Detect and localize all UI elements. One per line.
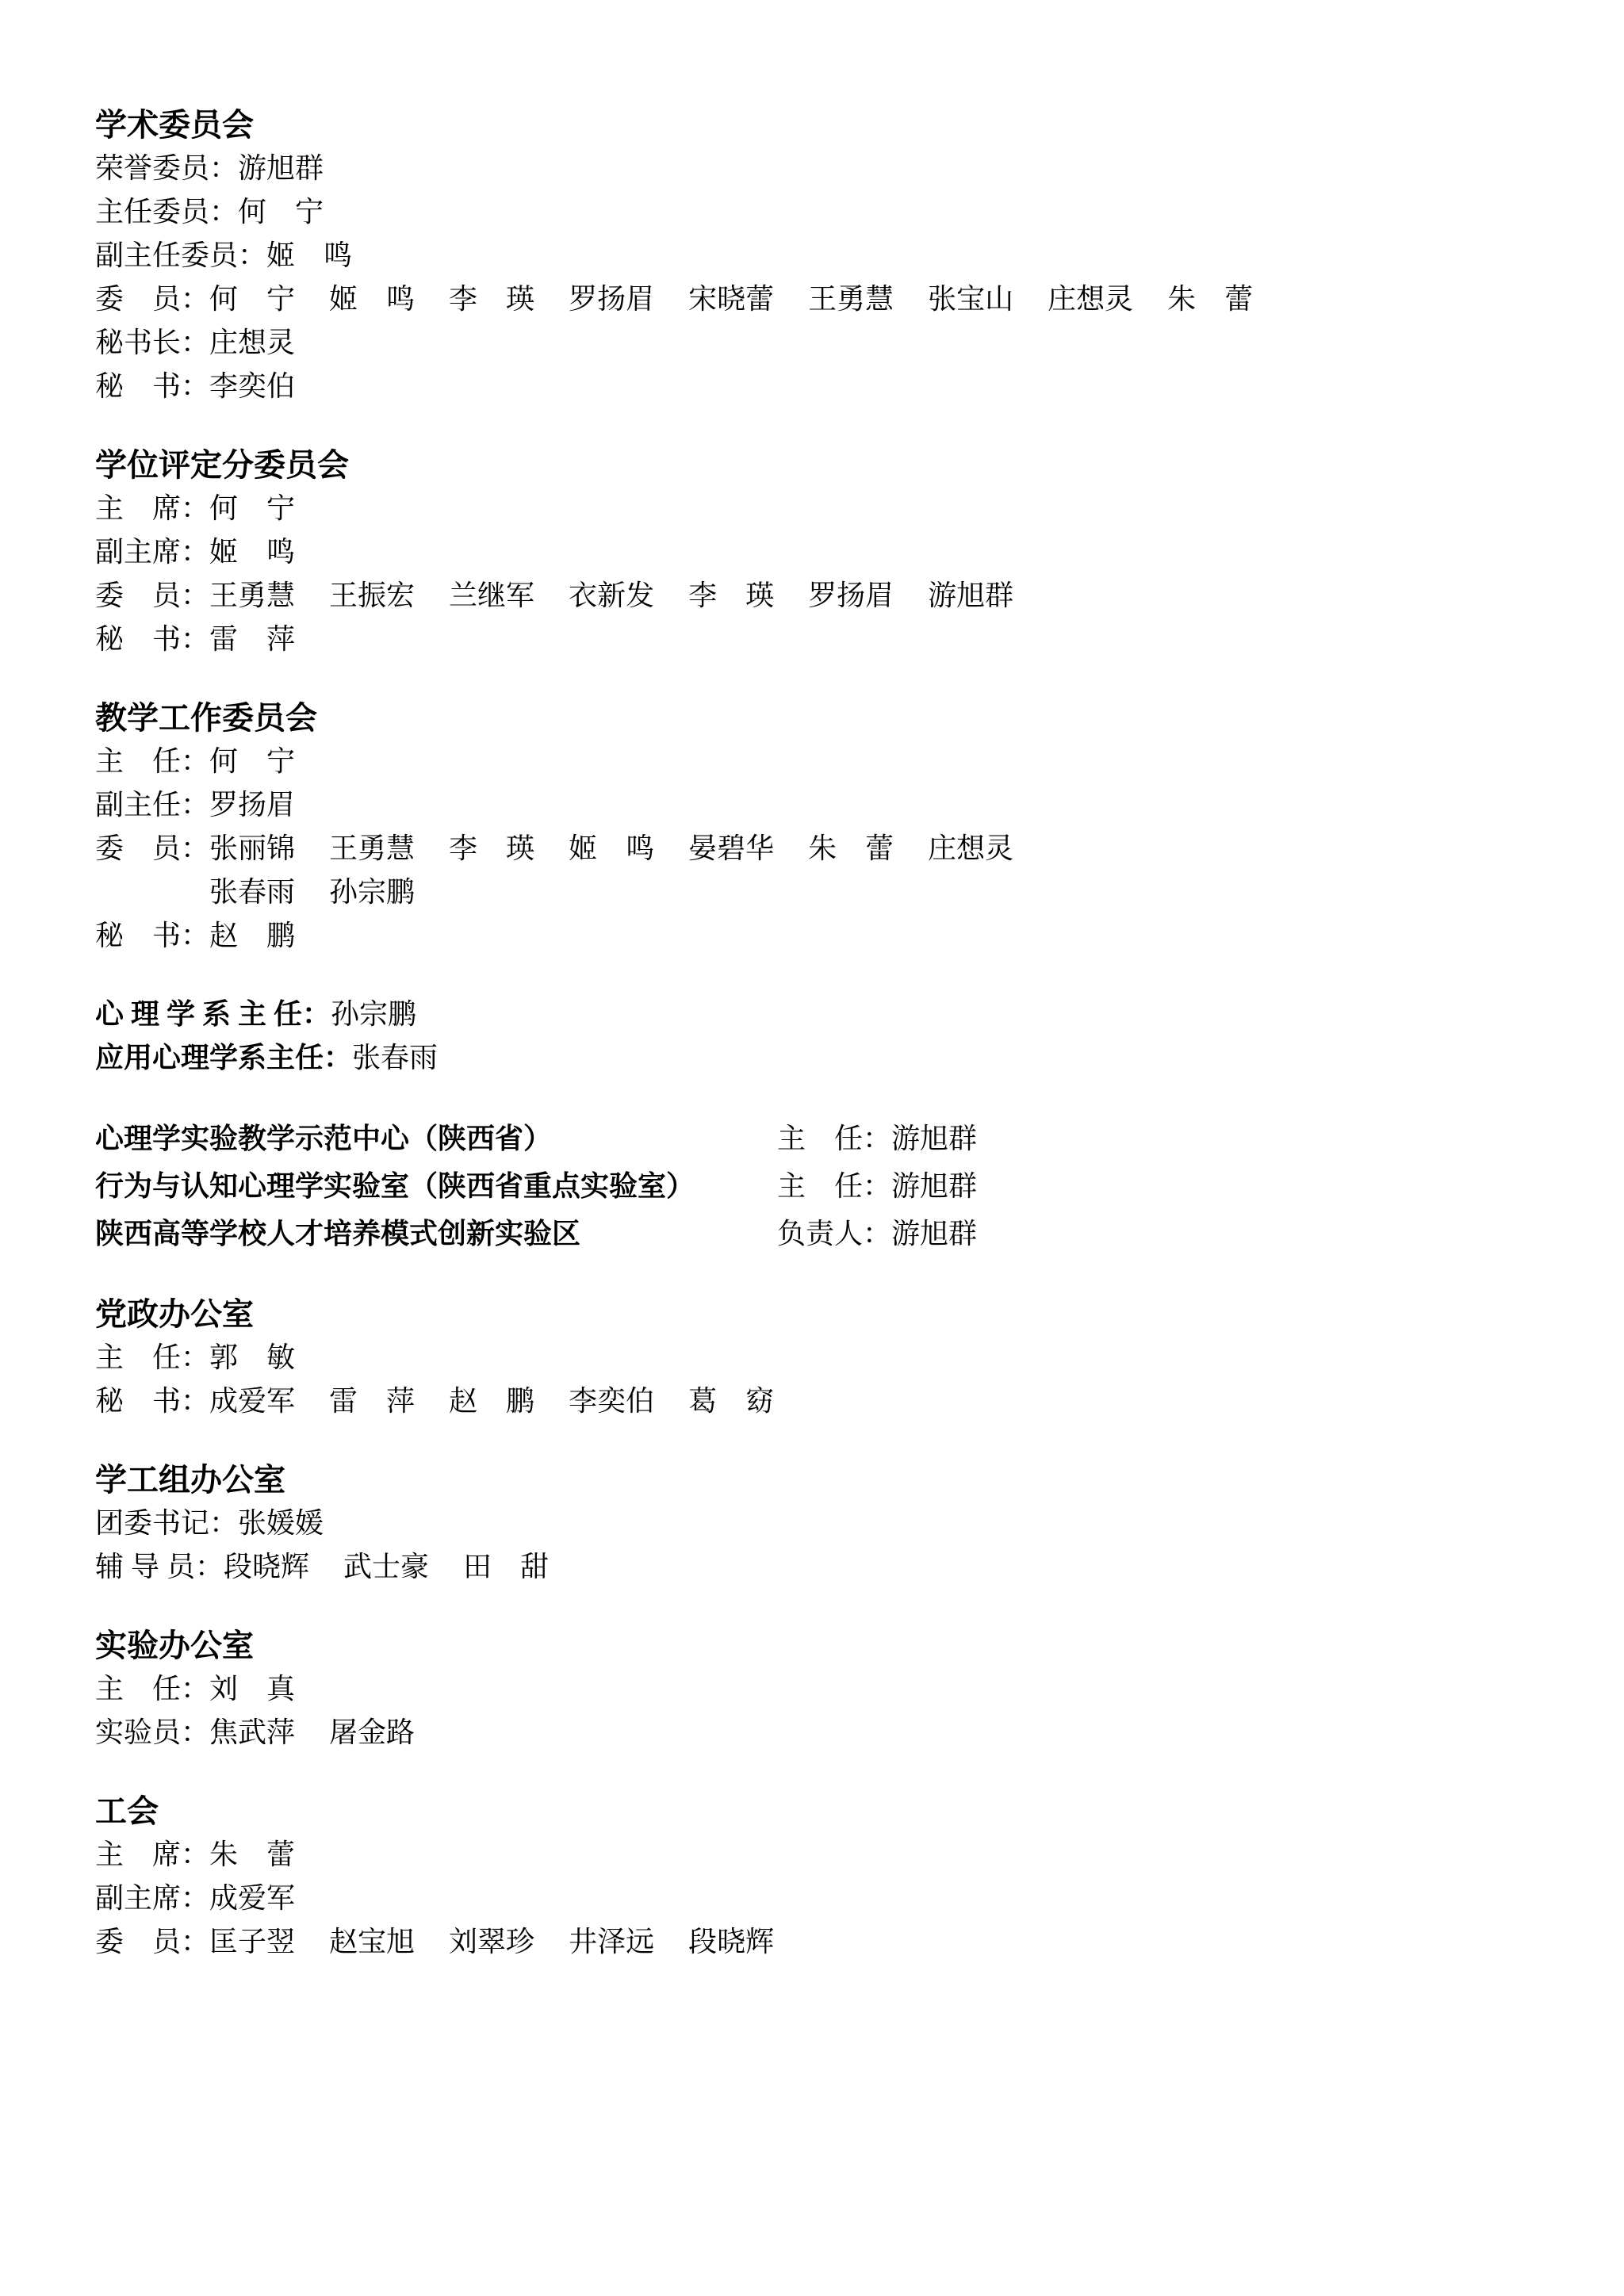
person-name: 何 宁 — [238, 196, 324, 228]
person-name: 赵宝旭 — [329, 1926, 415, 1957]
person-name: 罗扬眉 — [209, 789, 295, 821]
names-list: 张媛媛 — [238, 1507, 324, 1539]
row-label: 副主任： — [95, 789, 209, 821]
person-name: 姬 鸣 — [209, 536, 295, 568]
person-name: 赵 鹏 — [209, 920, 295, 951]
names-list: 张春雨孙宗鹏 — [209, 876, 415, 908]
person-name: 李奕伯 — [209, 370, 295, 402]
person-name: 朱 蕾 — [808, 832, 894, 864]
person-name: 何 宁 — [209, 492, 295, 524]
person-name: 田 甜 — [463, 1551, 549, 1582]
person-name: 兰继军 — [449, 580, 534, 611]
person-name: 王振宏 — [329, 580, 415, 611]
personnel-row: 主 任：何 宁 — [95, 740, 1513, 783]
person-name: 庄想灵 — [928, 832, 1013, 864]
personnel-row: 副主任：罗扬眉 — [95, 783, 1513, 827]
row-label: 委 员： — [95, 580, 209, 611]
row-label: 主 任： — [95, 745, 209, 777]
person-name: 游旭群 — [928, 580, 1013, 611]
names-list: 何 宁 — [209, 745, 295, 777]
person-name: 雷 萍 — [329, 1385, 415, 1417]
org-name: 心理学实验教学示范中心（陕西省） — [95, 1123, 552, 1154]
names-list: 焦武萍屠金路 — [209, 1716, 415, 1748]
person-name: 游旭群 — [891, 1218, 977, 1249]
names-list: 孙宗鹏 — [331, 998, 416, 1030]
row-label: 秘 书： — [95, 623, 209, 655]
section-labor-union: 工会主 席：朱 蕾副主席：成爱军委 员：匡子翌赵宝旭刘翠珍井泽远段晓辉 — [95, 1789, 1513, 1964]
person-name: 段晓辉 — [224, 1551, 309, 1582]
section-degree-evaluation-subcommittee: 学位评定分委员会主 席：何 宁副主席：姬 鸣委 员：王勇慧王振宏兰继军衣新发李 … — [95, 443, 1513, 661]
person-name: 晏碧华 — [688, 832, 774, 864]
names-list: 庄想灵 — [209, 327, 295, 358]
names-list: 姬 鸣 — [266, 239, 352, 271]
person-name: 姬 鸣 — [266, 239, 352, 271]
role-label: 主 任： — [777, 1170, 891, 1202]
names-list: 郭 敏 — [209, 1341, 295, 1373]
names-list: 刘 真 — [209, 1673, 295, 1705]
person-name: 李 瑛 — [688, 580, 774, 611]
role-label: 主 任： — [777, 1123, 891, 1154]
person-name: 姬 鸣 — [569, 832, 654, 864]
personnel-row: 秘 书：李奕伯 — [95, 365, 1513, 408]
row-label: 主 任： — [95, 1673, 209, 1705]
names-list: 成爱军雷 萍赵 鹏李奕伯葛 窈 — [209, 1385, 774, 1417]
names-list: 雷 萍 — [209, 623, 295, 655]
person-name: 王勇慧 — [329, 832, 415, 864]
person-name: 成爱军 — [209, 1882, 295, 1914]
names-list: 姬 鸣 — [209, 536, 295, 568]
role-assignment: 主 任：游旭群 — [777, 1115, 977, 1162]
section-title: 工会 — [95, 1789, 1513, 1833]
personnel-row: 心 理 学 系 主 任：孙宗鹏 — [95, 993, 1513, 1036]
section-party-admin-office: 党政办公室主 任：郭 敏秘 书：成爱军雷 萍赵 鹏李奕伯葛 窈 — [95, 1292, 1513, 1423]
section-title: 学术委员会 — [95, 103, 1513, 147]
person-name: 井泽远 — [569, 1926, 654, 1957]
person-name: 张春雨 — [209, 876, 295, 908]
personnel-row: 副主席：成爱军 — [95, 1877, 1513, 1920]
section-title: 党政办公室 — [95, 1292, 1513, 1336]
person-name: 张丽锦 — [209, 832, 295, 864]
section-lab-office: 实验办公室主 任：刘 真实验员：焦武萍屠金路 — [95, 1624, 1513, 1755]
person-name: 焦武萍 — [209, 1716, 295, 1748]
personnel-row: 荣誉委员：游旭群 — [95, 147, 1513, 190]
personnel-row: 委 员：张丽锦王勇慧李 瑛姬 鸣晏碧华朱 蕾庄想灵 — [95, 827, 1513, 871]
row-label: 委 员： — [95, 1926, 209, 1957]
personnel-row: 主 任：刘 真 — [95, 1667, 1513, 1711]
role-assignment: 主 任：游旭群 — [777, 1162, 977, 1210]
section-title: 学位评定分委员会 — [95, 443, 1513, 487]
row-label: 秘书长： — [95, 327, 209, 358]
names-list: 何 宁 — [209, 492, 295, 524]
row-label: 荣誉委员： — [95, 152, 238, 184]
person-name: 游旭群 — [238, 152, 324, 184]
personnel-row: 委 员：匡子翌赵宝旭刘翠珍井泽远段晓辉 — [95, 1920, 1513, 1964]
lab-row: 心理学实验教学示范中心（陕西省）主 任：游旭群 — [95, 1115, 1513, 1162]
names-list: 赵 鹏 — [209, 920, 295, 951]
person-name: 刘 真 — [209, 1673, 295, 1705]
person-name: 张宝山 — [928, 283, 1013, 315]
person-name: 匡子翌 — [209, 1926, 295, 1957]
org-name: 行为与认知心理学实验室（陕西省重点实验室） — [95, 1170, 695, 1202]
section-labs-and-centers: 心理学实验教学示范中心（陕西省）主 任：游旭群行为与认知心理学实验室（陕西省重点… — [95, 1115, 1513, 1257]
person-name: 罗扬眉 — [569, 283, 654, 315]
names-list: 何 宁 — [238, 196, 324, 228]
row-label: 秘 书： — [95, 370, 209, 402]
section-title: 学工组办公室 — [95, 1458, 1513, 1502]
sections-container: 学术委员会荣誉委员：游旭群主任委员：何 宁副主任委员：姬 鸣委 员：何 宁姬 鸣… — [95, 103, 1513, 1964]
names-list: 王勇慧王振宏兰继军衣新发李 瑛罗扬眉游旭群 — [209, 580, 1013, 611]
person-name: 武士豪 — [343, 1551, 429, 1582]
names-list: 李奕伯 — [209, 370, 295, 402]
person-name: 张媛媛 — [238, 1507, 324, 1539]
names-list: 朱 蕾 — [209, 1839, 295, 1870]
names-list: 罗扬眉 — [209, 789, 295, 821]
row-label: 主 席： — [95, 492, 209, 524]
document-page: 学术委员会荣誉委员：游旭群主任委员：何 宁副主任委员：姬 鸣委 员：何 宁姬 鸣… — [0, 0, 1624, 2296]
person-name: 朱 蕾 — [209, 1839, 295, 1870]
section-teaching-committee: 教学工作委员会主 任：何 宁副主任：罗扬眉委 员：张丽锦王勇慧李 瑛姬 鸣晏碧华… — [95, 696, 1513, 958]
personnel-row: 秘 书：成爱军雷 萍赵 鹏李奕伯葛 窈 — [95, 1380, 1513, 1423]
person-name: 刘翠珍 — [449, 1926, 534, 1957]
person-name: 孙宗鹏 — [329, 876, 415, 908]
personnel-row: 应用心理学系主任：张春雨 — [95, 1036, 1513, 1080]
person-name: 李奕伯 — [569, 1385, 654, 1417]
person-name: 游旭群 — [891, 1123, 977, 1154]
person-name: 王勇慧 — [808, 283, 894, 315]
role-label: 负责人： — [777, 1218, 891, 1249]
row-label: 心 理 学 系 主 任： — [95, 998, 331, 1030]
person-name: 王勇慧 — [209, 580, 295, 611]
personnel-row: 辅 导 员：段晓辉武士豪田 甜 — [95, 1545, 1513, 1589]
person-name: 段晓辉 — [688, 1926, 774, 1957]
personnel-row: 秘 书：赵 鹏 — [95, 914, 1513, 958]
names-list: 张丽锦王勇慧李 瑛姬 鸣晏碧华朱 蕾庄想灵 — [209, 832, 1013, 864]
row-label: 应用心理学系主任： — [95, 1042, 352, 1073]
personnel-row: 团委书记：张媛媛 — [95, 1502, 1513, 1545]
names-list: 游旭群 — [238, 152, 324, 184]
person-name: 何 宁 — [209, 283, 295, 315]
role-assignment: 负责人：游旭群 — [777, 1210, 977, 1257]
names-list: 何 宁姬 鸣李 瑛罗扬眉宋晓蕾王勇慧张宝山庄想灵朱 蕾 — [209, 283, 1253, 315]
personnel-row: 主任委员：何 宁 — [95, 190, 1513, 234]
row-label: 副主席： — [95, 1882, 209, 1914]
person-name: 罗扬眉 — [808, 580, 894, 611]
personnel-row-continuation: 张春雨孙宗鹏 — [95, 871, 1513, 914]
personnel-row: 秘 书：雷 萍 — [95, 618, 1513, 661]
names-list: 张春雨 — [352, 1042, 438, 1073]
row-label: 委 员： — [95, 832, 209, 864]
personnel-row: 副主任委员：姬 鸣 — [95, 234, 1513, 277]
names-list: 成爱军 — [209, 1882, 295, 1914]
person-name: 衣新发 — [569, 580, 654, 611]
person-name: 张春雨 — [352, 1042, 438, 1073]
person-name: 雷 萍 — [209, 623, 295, 655]
row-label: 主 席： — [95, 1839, 209, 1870]
person-name: 葛 窈 — [688, 1385, 774, 1417]
person-name: 朱 蕾 — [1167, 283, 1253, 315]
person-name: 赵 鹏 — [449, 1385, 534, 1417]
section-academic-committee: 学术委员会荣誉委员：游旭群主任委员：何 宁副主任委员：姬 鸣委 员：何 宁姬 鸣… — [95, 103, 1513, 408]
person-name: 游旭群 — [891, 1170, 977, 1202]
row-label: 副主任委员： — [95, 239, 266, 271]
person-name: 宋晓蕾 — [688, 283, 774, 315]
person-name: 庄想灵 — [1048, 283, 1133, 315]
section-student-affairs-office: 学工组办公室团委书记：张媛媛辅 导 员：段晓辉武士豪田 甜 — [95, 1458, 1513, 1589]
person-name: 成爱军 — [209, 1385, 295, 1417]
person-name: 李 瑛 — [449, 283, 534, 315]
section-department-heads: 心 理 学 系 主 任：孙宗鹏应用心理学系主任：张春雨 — [95, 993, 1513, 1080]
section-title: 实验办公室 — [95, 1624, 1513, 1667]
personnel-row: 副主席：姬 鸣 — [95, 530, 1513, 574]
personnel-row: 主 席：何 宁 — [95, 487, 1513, 530]
row-label: 副主席： — [95, 536, 209, 568]
row-label: 实验员： — [95, 1716, 209, 1748]
lab-row: 陕西高等学校人才培养模式创新实验区负责人：游旭群 — [95, 1210, 1513, 1257]
row-label: 秘 书： — [95, 920, 209, 951]
personnel-row: 委 员：王勇慧王振宏兰继军衣新发李 瑛罗扬眉游旭群 — [95, 574, 1513, 618]
personnel-row: 主 任：郭 敏 — [95, 1336, 1513, 1380]
personnel-row: 委 员：何 宁姬 鸣李 瑛罗扬眉宋晓蕾王勇慧张宝山庄想灵朱 蕾 — [95, 277, 1513, 321]
person-name: 庄想灵 — [209, 327, 295, 358]
row-label: 秘 书： — [95, 1385, 209, 1417]
personnel-row: 秘书长：庄想灵 — [95, 321, 1513, 365]
person-name: 何 宁 — [209, 745, 295, 777]
names-list: 匡子翌赵宝旭刘翠珍井泽远段晓辉 — [209, 1926, 774, 1957]
lab-row: 行为与认知心理学实验室（陕西省重点实验室）主 任：游旭群 — [95, 1162, 1513, 1210]
person-name: 李 瑛 — [449, 832, 534, 864]
row-label: 主任委员： — [95, 196, 238, 228]
person-name: 屠金路 — [329, 1716, 415, 1748]
row-label: 委 员： — [95, 283, 209, 315]
row-label: 主 任： — [95, 1341, 209, 1373]
person-name: 郭 敏 — [209, 1341, 295, 1373]
personnel-row: 主 席：朱 蕾 — [95, 1833, 1513, 1877]
row-label: 辅 导 员： — [95, 1551, 224, 1582]
org-name: 陕西高等学校人才培养模式创新实验区 — [95, 1218, 580, 1249]
personnel-row: 实验员：焦武萍屠金路 — [95, 1711, 1513, 1755]
section-title: 教学工作委员会 — [95, 696, 1513, 740]
person-name: 孙宗鹏 — [331, 998, 416, 1030]
row-label: 团委书记： — [95, 1507, 238, 1539]
names-list: 段晓辉武士豪田 甜 — [224, 1551, 549, 1582]
person-name: 姬 鸣 — [329, 283, 415, 315]
